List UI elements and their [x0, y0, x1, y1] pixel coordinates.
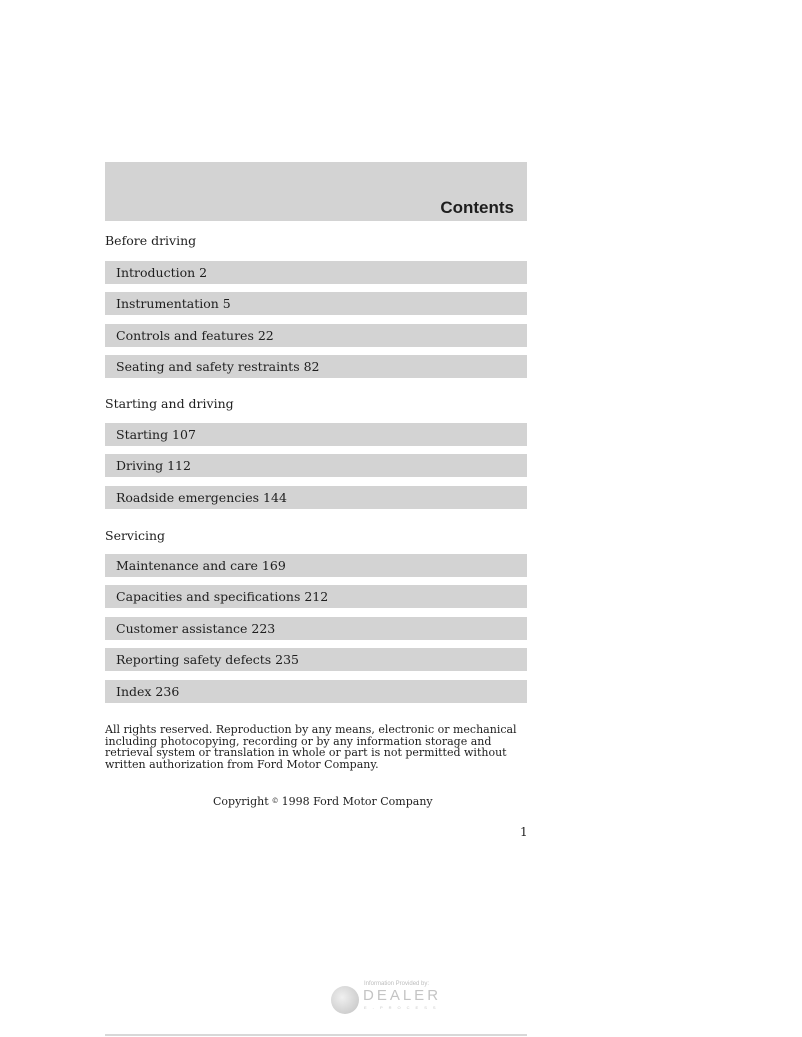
copyright-symbol: ©: [272, 797, 279, 805]
copyright-prefix: Copyright: [213, 795, 269, 808]
section-label-servicing: Servicing: [105, 528, 165, 543]
toc-item-label: Seating and safety restraints 82: [116, 359, 320, 374]
bottom-divider: [105, 1034, 527, 1036]
toc-item-roadside-emergencies[interactable]: Roadside emergencies 144: [105, 486, 527, 509]
toc-item-label: Roadside emergencies 144: [116, 490, 287, 505]
toc-item-controls-and-features[interactable]: Controls and features 22: [105, 324, 527, 347]
toc-item-customer-assistance[interactable]: Customer assistance 223: [105, 617, 527, 640]
section-label-starting-and-driving: Starting and driving: [105, 396, 234, 411]
contents-header-band: Contents: [105, 162, 527, 221]
toc-item-seating-and-safety-restraints[interactable]: Seating and safety restraints 82: [105, 355, 527, 378]
toc-item-label: Driving 112: [116, 458, 191, 473]
toc-item-index[interactable]: Index 236: [105, 680, 527, 703]
copyright-suffix: 1998 Ford Motor Company: [282, 795, 433, 808]
toc-item-label: Customer assistance 223: [116, 621, 275, 636]
toc-item-maintenance-and-care[interactable]: Maintenance and care 169: [105, 554, 527, 577]
toc-item-instrumentation[interactable]: Instrumentation 5: [105, 292, 527, 315]
page-title: Contents: [440, 198, 514, 218]
copyright-line: Copyright©1998 Ford Motor Company: [213, 795, 433, 808]
toc-item-introduction[interactable]: Introduction 2: [105, 261, 527, 284]
toc-item-capacities-and-specifications[interactable]: Capacities and specifications 212: [105, 585, 527, 608]
page-number: 1: [520, 825, 528, 839]
rights-notice: All rights reserved. Reproduction by any…: [105, 724, 535, 770]
toc-item-label: Instrumentation 5: [116, 296, 231, 311]
toc-item-label: Controls and features 22: [116, 328, 274, 343]
toc-item-label: Index 236: [116, 684, 179, 699]
toc-item-reporting-safety-defects[interactable]: Reporting safety defects 235: [105, 648, 527, 671]
toc-item-label: Introduction 2: [116, 265, 207, 280]
dealer-eprocess-logo: Information Provided by: DEALER E-PROCES…: [330, 980, 470, 1020]
toc-item-label: Starting 107: [116, 427, 196, 442]
toc-item-label: Capacities and specifications 212: [116, 589, 328, 604]
toc-item-label: Maintenance and care 169: [116, 558, 286, 573]
toc-item-starting[interactable]: Starting 107: [105, 423, 527, 446]
toc-item-label: Reporting safety defects 235: [116, 652, 299, 667]
logo-subname: E-PROCESS: [364, 1005, 442, 1010]
globe-icon: [331, 986, 359, 1014]
toc-item-driving[interactable]: Driving 112: [105, 454, 527, 477]
logo-name: DEALER: [363, 987, 441, 1004]
section-label-before-driving: Before driving: [105, 233, 196, 248]
